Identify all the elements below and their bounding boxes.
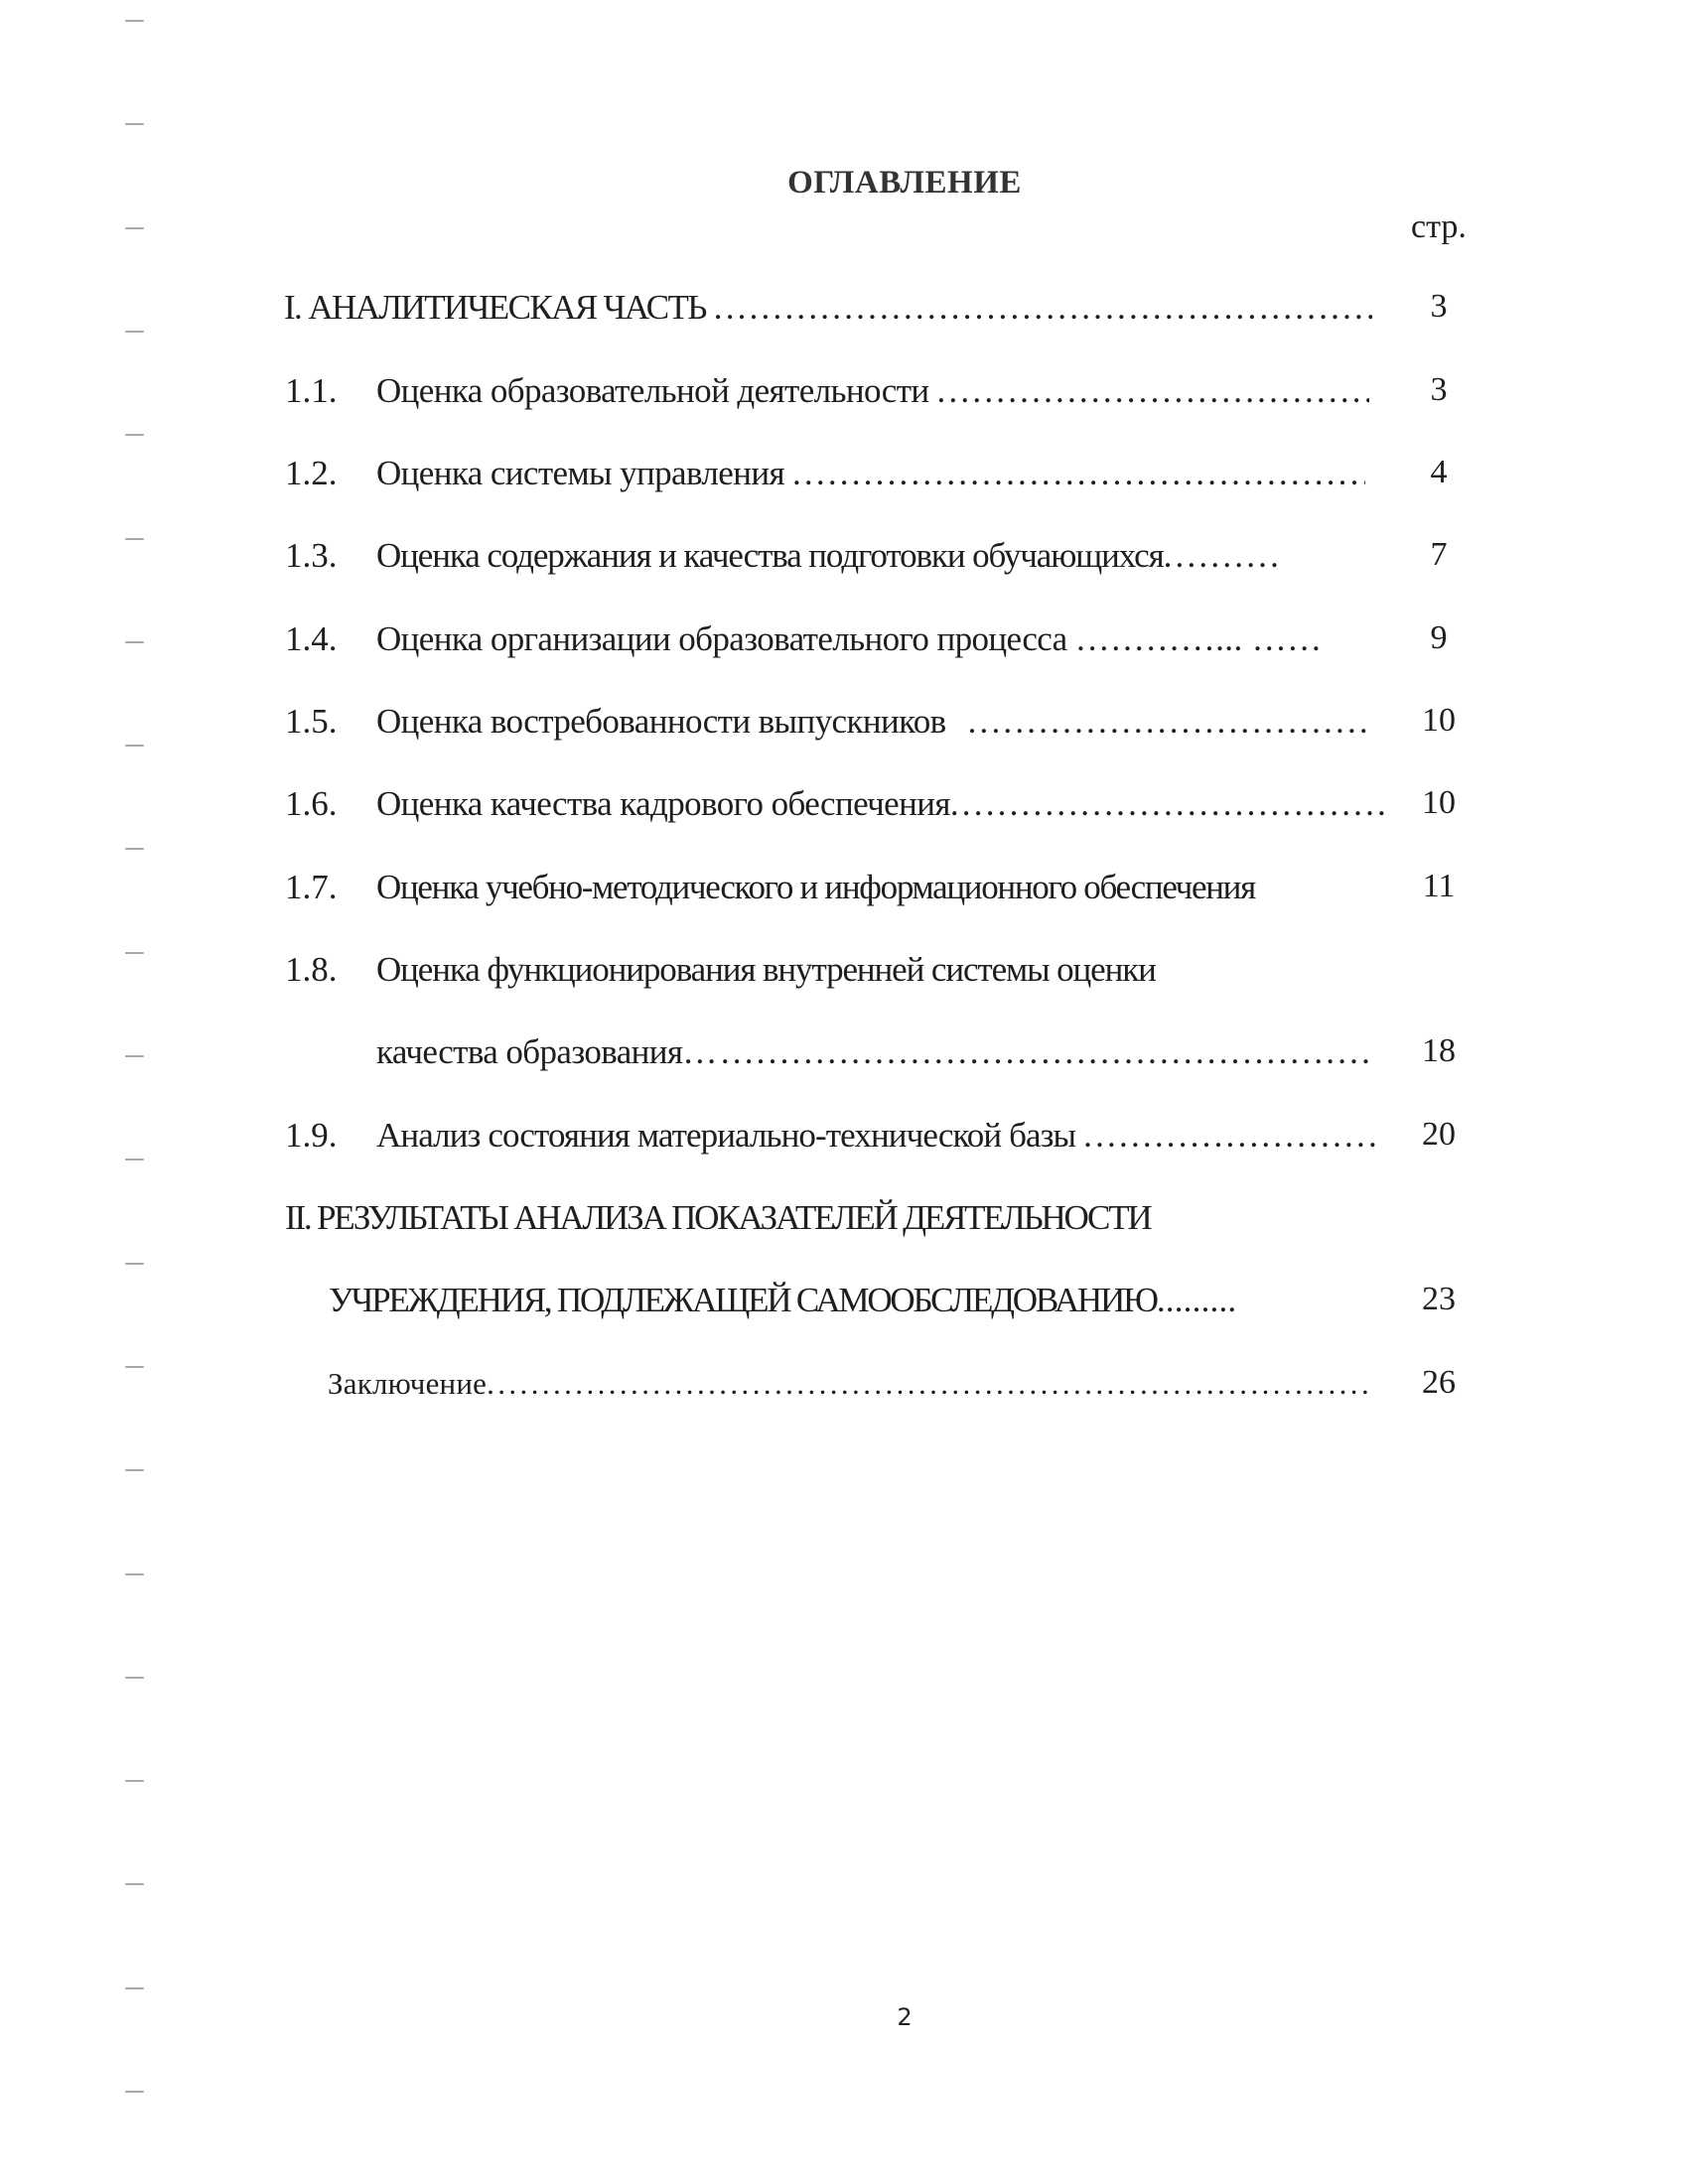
binding-mark bbox=[125, 1469, 144, 1471]
toc-entry-1-5[interactable]: 1.5. Оценка востребованности выпускников… bbox=[285, 702, 1369, 746]
toc-entry-number: 1.3. bbox=[285, 536, 376, 576]
page-number: 2 bbox=[0, 2003, 1688, 2031]
toc-entry-title: Оценка системы управления bbox=[376, 454, 784, 493]
toc-page-ref: 4 bbox=[1399, 454, 1478, 491]
dot-leader: ........................................… bbox=[721, 1032, 1369, 1072]
toc-entry-section-2-continued[interactable]: УЧРЕЖДЕНИЯ, ПОДЛЕЖАЩЕЙ САМООБСЛЕДОВАНИЮ … bbox=[329, 1281, 1363, 1324]
toc-entry-title: Анализ состояния материально-технической… bbox=[376, 1116, 1075, 1156]
toc-page-ref: 20 bbox=[1399, 1116, 1478, 1154]
toc-entry-number: 1.4. bbox=[285, 619, 376, 659]
toc-entry-title: Оценка качества кадрового обеспечения bbox=[376, 784, 950, 824]
toc-entry-1-9[interactable]: 1.9. Анализ состояния материально-технич… bbox=[285, 1116, 1376, 1160]
binding-mark bbox=[125, 1263, 144, 1265]
dot-leader: ........................................… bbox=[1083, 1116, 1376, 1156]
toc-entry-1-8-continued[interactable]: качества образования… ..................… bbox=[376, 1032, 1369, 1076]
dot-leader: ........................................… bbox=[950, 784, 1389, 824]
toc-entry-number: 1.6. bbox=[285, 784, 376, 824]
toc-entry-title: Оценка учебно-методического и информацио… bbox=[376, 868, 1255, 907]
toc-entry-title: Оценка функционирования внутренней систе… bbox=[376, 950, 1156, 990]
toc-entry-title: Оценка востребованности выпускников bbox=[376, 702, 946, 742]
binding-mark bbox=[125, 20, 144, 22]
toc-entry-section-2[interactable]: II. РЕЗУЛЬТАТЫ АНАЛИЗА ПОКАЗАТЕЛЕЙ ДЕЯТЕ… bbox=[285, 1198, 1377, 1242]
binding-mark bbox=[125, 1677, 144, 1679]
binding-mark bbox=[125, 538, 144, 540]
dot-leader: ........................................… bbox=[487, 1366, 1369, 1402]
dot-leader: ........................................… bbox=[792, 454, 1365, 493]
pages-column-header: стр. bbox=[1411, 208, 1467, 246]
toc-entry-number: 1.7. bbox=[285, 868, 376, 907]
binding-mark bbox=[125, 1780, 144, 1782]
toc-entry-title: качества образования… bbox=[376, 1032, 717, 1072]
toc-page-ref: 11 bbox=[1399, 868, 1478, 905]
toc-entry-section-1[interactable]: I. АНАЛИТИЧЕСКАЯ ЧАСТЬ .................… bbox=[284, 288, 1372, 332]
binding-mark bbox=[125, 1987, 144, 1989]
toc-title: ОГЛАВЛЕНИЕ bbox=[0, 165, 1688, 202]
toc-entry-title: Оценка образовательной деятельности bbox=[376, 371, 929, 411]
binding-mark bbox=[125, 123, 144, 125]
binding-mark bbox=[125, 745, 144, 747]
binding-mark bbox=[125, 641, 144, 643]
toc-page-ref: 10 bbox=[1399, 702, 1478, 740]
binding-mark bbox=[125, 1573, 144, 1575]
dot-leader: ........................................… bbox=[714, 288, 1372, 328]
dot-leader: .......... bbox=[1164, 536, 1369, 576]
toc-entry-1-1[interactable]: 1.1. Оценка образовательной деятельности… bbox=[285, 371, 1369, 415]
binding-mark bbox=[125, 331, 144, 333]
toc-entry-number: 1.5. bbox=[285, 702, 376, 742]
toc-entry-1-8[interactable]: 1.8. Оценка функционирования внутренней … bbox=[285, 950, 1377, 994]
binding-mark bbox=[125, 1055, 144, 1057]
toc-page-ref: 7 bbox=[1399, 536, 1478, 574]
toc-entry-title: II. РЕЗУЛЬТАТЫ АНАЛИЗА ПОКАЗАТЕЛЕЙ ДЕЯТЕ… bbox=[285, 1198, 1150, 1238]
toc-entry-conclusion[interactable]: Заключение .............................… bbox=[328, 1366, 1369, 1410]
dot-leader: ........................................… bbox=[937, 371, 1369, 411]
toc-page-ref: 3 bbox=[1399, 371, 1478, 409]
binding-mark bbox=[125, 227, 144, 229]
toc-page-ref: 23 bbox=[1399, 1281, 1478, 1318]
toc-page-ref: 18 bbox=[1399, 1032, 1478, 1070]
binding-mark bbox=[125, 434, 144, 436]
toc-entry-title: Заключение bbox=[328, 1366, 487, 1402]
toc-page-ref: 9 bbox=[1399, 619, 1478, 657]
toc-entry-number: 1.2. bbox=[285, 454, 376, 493]
binding-mark bbox=[125, 848, 144, 850]
toc-entry-title: УЧРЕЖДЕНИЯ, ПОДЛЕЖАЩЕЙ САМООБСЛЕДОВАНИЮ bbox=[329, 1281, 1157, 1320]
document-page: ОГЛАВЛЕНИЕ стр. I. АНАЛИТИЧЕСКАЯ ЧАСТЬ .… bbox=[0, 0, 1688, 2184]
toc-page-ref: 26 bbox=[1399, 1364, 1478, 1402]
binding-mark bbox=[125, 1366, 144, 1368]
binding-mark bbox=[125, 1159, 144, 1160]
toc-entry-1-7[interactable]: 1.7. Оценка учебно-методического и инфор… bbox=[285, 868, 1377, 911]
toc-entry-1-4[interactable]: 1.4. Оценка организации образовательного… bbox=[285, 619, 1367, 663]
binding-mark bbox=[125, 2091, 144, 2093]
toc-entry-1-6[interactable]: 1.6. Оценка качества кадрового обеспечен… bbox=[285, 784, 1389, 828]
toc-entry-title: I. АНАЛИТИЧЕСКАЯ ЧАСТЬ bbox=[284, 288, 706, 328]
toc-page-ref: 10 bbox=[1399, 784, 1478, 822]
toc-entry-title: Оценка содержания и качества подготовки … bbox=[376, 536, 1164, 576]
dot-leader: …………... …… bbox=[1075, 619, 1367, 659]
binding-mark bbox=[125, 952, 144, 954]
toc-page-ref: 3 bbox=[1399, 288, 1478, 326]
toc-entry-title: Оценка организации образовательного проц… bbox=[376, 619, 1067, 659]
toc-entry-1-3[interactable]: 1.3. Оценка содержания и качества подгот… bbox=[285, 536, 1369, 580]
dot-leader: ........................................… bbox=[968, 702, 1369, 742]
toc-entry-1-2[interactable]: 1.2. Оценка системы управления .........… bbox=[285, 454, 1365, 497]
toc-entry-number: 1.8. bbox=[285, 950, 376, 990]
toc-entry-number: 1.9. bbox=[285, 1116, 376, 1156]
dot-leader: ......... bbox=[1157, 1281, 1363, 1320]
binding-mark bbox=[125, 1883, 144, 1885]
toc-entry-number: 1.1. bbox=[285, 371, 376, 411]
